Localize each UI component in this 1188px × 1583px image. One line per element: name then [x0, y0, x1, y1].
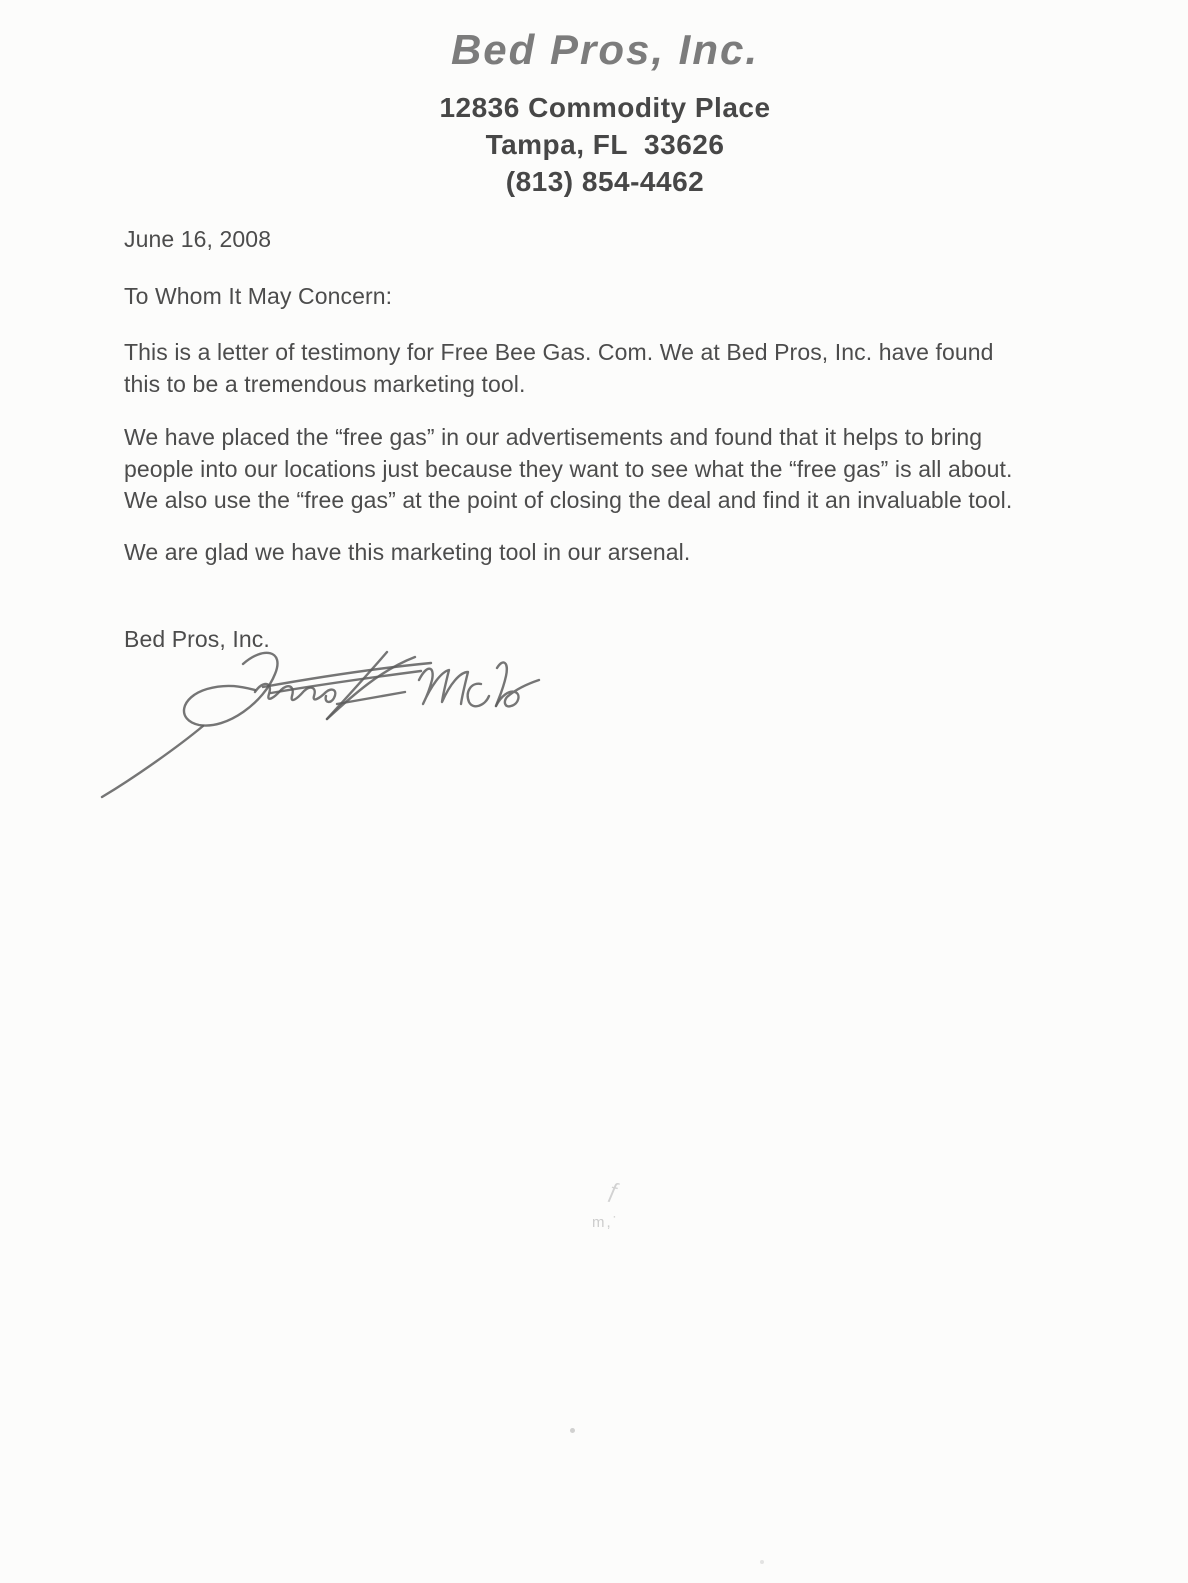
address-block: 12836 Commodity Place Tampa, FL 33626 (8…: [0, 89, 1188, 200]
paragraph-free-gas-usage: We have placed the “free gas” in our adv…: [124, 422, 1084, 517]
scan-smudge: ƒ: [605, 1177, 622, 1205]
scanned-letter-page: Bed Pros, Inc. 12836 Commodity Place Tam…: [0, 0, 1188, 1583]
paragraph-testimony: This is a letter of testimony for Free B…: [124, 337, 1084, 400]
scan-speck: [760, 1560, 764, 1564]
company-name: Bed Pros, Inc.: [0, 26, 1188, 74]
scan-speck: [570, 1428, 575, 1433]
phone-number: (813) 854-4462: [0, 163, 1188, 200]
address-city-state-zip: Tampa, FL 33626: [0, 126, 1188, 163]
letter-date: June 16, 2008: [124, 224, 1084, 256]
signature-svg: [75, 640, 555, 810]
salutation: To Whom It May Concern:: [124, 281, 1084, 313]
address-street: 12836 Commodity Place: [0, 89, 1188, 126]
scan-smudge: m,˙: [592, 1214, 620, 1231]
letterhead: Bed Pros, Inc. 12836 Commodity Place Tam…: [0, 26, 1188, 200]
signature-handwriting: [75, 640, 555, 810]
paragraph-glad: We are glad we have this marketing tool …: [124, 537, 1084, 569]
